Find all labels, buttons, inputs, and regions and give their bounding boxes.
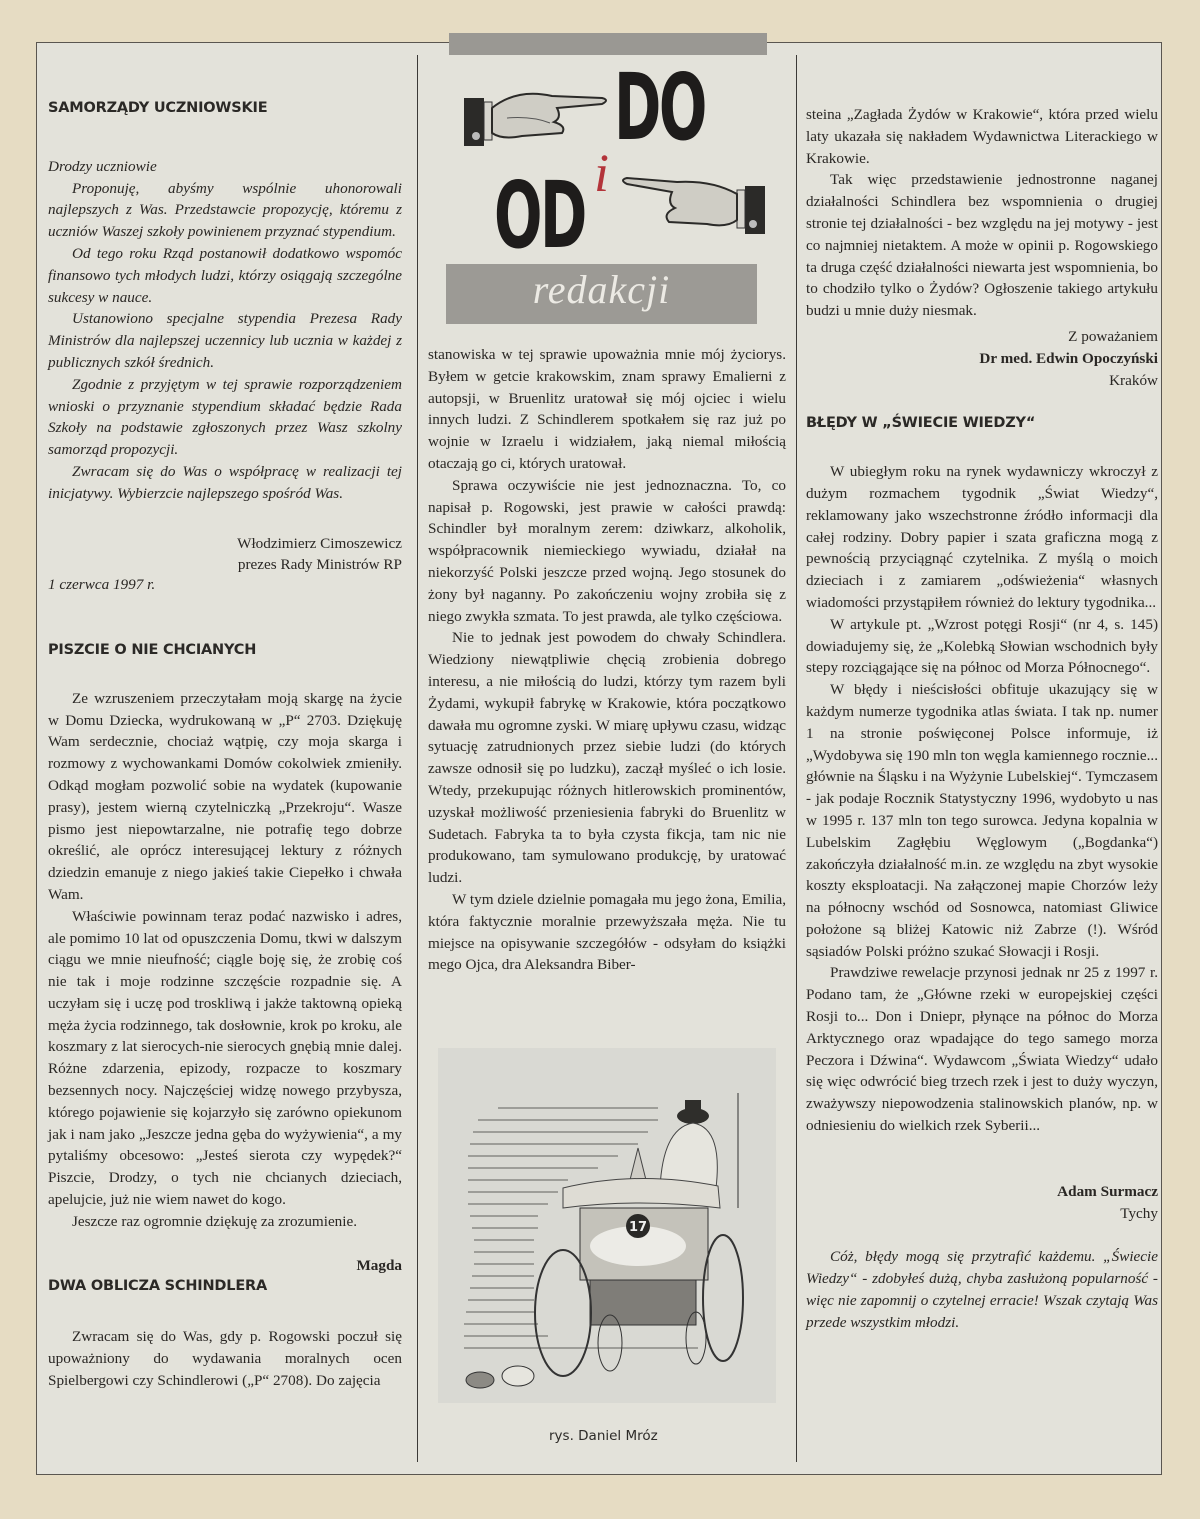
paragraph: Nie to jednak jest powodem do chwały Sch… <box>428 627 786 889</box>
heading-schindler: DWA OBLICZA SCHINDLERA <box>48 1276 402 1298</box>
illustration-cab: 17 <box>438 1048 776 1403</box>
header-word-do: DO <box>614 62 705 154</box>
svg-text:17: 17 <box>629 1220 647 1235</box>
paragraph: Proponuję, abyśmy wspólnie uhonorowali n… <box>48 178 402 243</box>
paragraph: Jeszcze raz ogromnie dziękuję za zrozumi… <box>48 1211 402 1233</box>
column-divider-right <box>796 55 797 1462</box>
signature-title: prezes Rady Ministrów RP <box>48 554 402 576</box>
left-column: SAMORZĄDY UCZNIOWSKIE Drodzy uczniowie P… <box>48 98 402 1392</box>
signature-name: Adam Surmacz <box>806 1181 1158 1203</box>
paragraph: Prawdziwe rewelacje przynosi jednak nr 2… <box>806 962 1158 1136</box>
header-banner-text: redakcji <box>446 266 757 313</box>
heading-bledy: BŁĘDY W „ŚWIECIE WIEDZY“ <box>806 413 1158 435</box>
column-divider-left <box>417 55 418 1462</box>
paragraph: W ubiegłym roku na rynek wydawniczy wkro… <box>806 461 1158 614</box>
header-word-od: OD <box>494 170 585 262</box>
right-column: steina „Zagłada Żydów w Krakowie“, która… <box>806 104 1158 1334</box>
letter-date: 1 czerwca 1997 r. <box>48 574 402 596</box>
paragraph: Właściwie powinnam teraz podać nazwisko … <box>48 906 402 1211</box>
header-word-i: i <box>594 146 609 200</box>
horse-cab-illustration-icon: 17 <box>438 1048 776 1403</box>
letter-closing: Z poważaniem <box>806 326 1158 348</box>
paragraph: stanowiska w tej sprawie upoważnia mnie … <box>428 344 786 475</box>
paragraph: W artykule pt. „Wzrost potęgi Rosji“ (nr… <box>806 614 1158 679</box>
editor-reply: Cóż, błędy mogą się przytrafić każdemu. … <box>806 1246 1158 1333</box>
heading-piszcie: PISZCIE O NIE CHCIANYCH <box>48 640 402 662</box>
signature-city: Kraków <box>806 370 1158 392</box>
pointing-hand-right-icon <box>462 78 612 150</box>
middle-column: stanowiska w tej sprawie upoważnia mnie … <box>428 344 786 976</box>
paragraph: Ustanowiono specjalne stypendia Prezesa … <box>48 308 402 373</box>
paragraph: W tym dziele dzielnie pomagała mu jego ż… <box>428 889 786 976</box>
paragraph: Sprawa oczywiście nie jest jednoznaczna.… <box>428 475 786 628</box>
pointing-hand-left-icon <box>617 168 767 240</box>
paragraph: Tak więc przedstawienie jednostronne nag… <box>806 169 1158 322</box>
paragraph: Zgodnie z przyjętym w tej sprawie rozpor… <box>48 374 402 461</box>
illustration-caption: rys. Daniel Mróz <box>549 1428 658 1444</box>
paragraph: Zwracam się do Was o współpracę w realiz… <box>48 461 402 505</box>
signature-name: Magda <box>48 1255 402 1277</box>
paragraph: W błędy i nieścisłości obfituje ukazując… <box>806 679 1158 962</box>
paragraph: Ze wzruszeniem przeczytałam moją skargę … <box>48 688 402 906</box>
signature-city: Tychy <box>806 1203 1158 1225</box>
paragraph: steina „Zagłada Żydów w Krakowie“, która… <box>806 104 1158 169</box>
paragraph: Od tego roku Rząd postanowił dodatkowo w… <box>48 243 402 308</box>
paragraph: Zwracam się do Was, gdy p. Rogowski pocz… <box>48 1326 402 1391</box>
header-bar <box>449 33 767 55</box>
salutation: Drodzy uczniowie <box>48 156 402 178</box>
signature-name: Włodzimierz Cimoszewicz <box>48 533 402 555</box>
signature-name: Dr med. Edwin Opoczyński <box>806 348 1158 370</box>
heading-samorzady: SAMORZĄDY UCZNIOWSKIE <box>48 98 402 120</box>
